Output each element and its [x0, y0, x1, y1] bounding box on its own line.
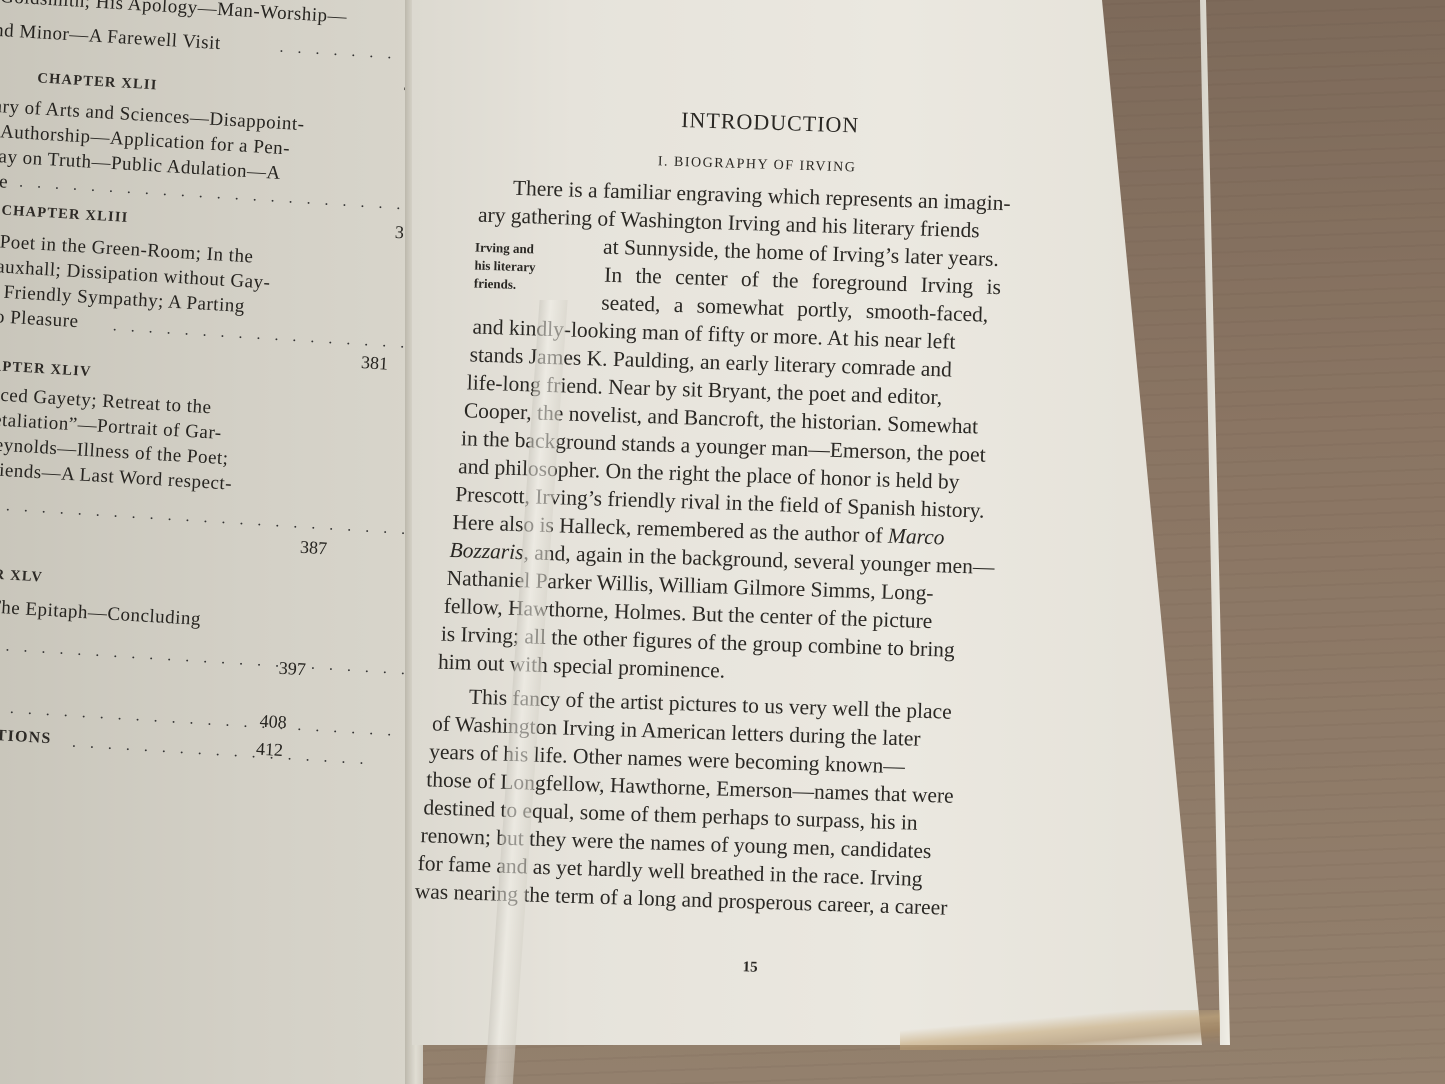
toc-page-number: 408 [259, 711, 287, 734]
toc-chapter-heading: CHAPTER XLII [37, 70, 158, 94]
toc-page-number: 412 [255, 739, 283, 762]
toc-line: nt—The Epitaph—Concluding [0, 594, 202, 631]
toc-chapter-heading: HAPTER XLIV [0, 357, 92, 381]
toc-page-number: 387 [299, 537, 327, 560]
page-title: INTRODUCTION [681, 107, 860, 139]
toc-leader-dots: . . . . . . . . [279, 39, 412, 65]
toc-line: to Pleasure [0, 306, 79, 333]
toc-leader-dots: . . . . . . . . . . . . . . . . . . . . … [112, 317, 412, 357]
page-stain [900, 1010, 1220, 1050]
toc-leader-dots: . . . . . . . . . . . . . . . . . [72, 734, 370, 770]
toc-line: ke [0, 171, 9, 194]
toc-annotations-label: NNOTATIONS [0, 723, 52, 748]
margin-note: Irving and his literary friends. [474, 239, 537, 295]
toc-leader-dots: . . . . . . . . . . . . . . . . . . . . … [0, 495, 412, 546]
toc-leader-dots: . . . . . . . . . . . . . . . . . . . . … [0, 696, 412, 745]
toc-chapter-heading: PTER XLV [0, 565, 43, 587]
margin-note-line: Irving and [475, 239, 537, 259]
left-page-contents: Goldsmith; His Apology—Man-Worship— nd M… [0, 0, 412, 1084]
table-of-contents: Goldsmith; His Apology—Man-Worship— nd M… [0, 0, 412, 826]
toc-page-number: 397 [278, 658, 306, 681]
toc-line: nd Minor—A Farewell Visit [0, 20, 221, 55]
italic-title: Bozzaris [449, 538, 524, 564]
margin-note-line: friends. [474, 275, 536, 295]
toc-leader-dots: . . . . . . . . . . . . . . . . . . . . … [0, 634, 412, 683]
toc-chapter-heading: CHAPTER XLIII [1, 202, 129, 227]
page-number: 15 [742, 959, 758, 976]
toc-page-number: 381 [361, 352, 389, 375]
italic-title: Marco [888, 524, 945, 550]
margin-note-line: his literary [474, 257, 536, 277]
